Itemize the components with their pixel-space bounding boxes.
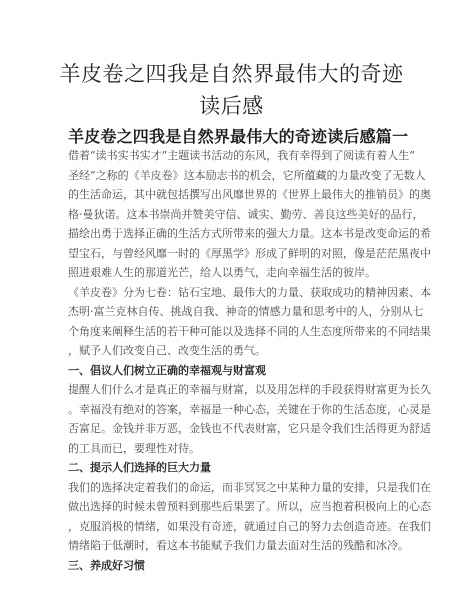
- subsection-1-line-1: 提醒人们什么才是真正的幸福与财富，以及用怎样的手段获得财富更为长久: [68, 380, 398, 400]
- subsection-2-line-4: 情绪陷于低潮时，看这本书能赋予我们力量去面对生活的残酷和冰冷。: [68, 536, 398, 556]
- subsection-3-heading: 三、养成好习惯: [68, 556, 398, 576]
- paragraph-1-line-4: 格·曼狄诺。这本书崇尚并赞美守信、诚实、勤劳、善良这些美好的品行，: [68, 205, 398, 225]
- paragraph-1-line-5: 描绘出勇于选择正确的生活方式所带来的强大力量。这本书是改变命运的希: [68, 224, 398, 244]
- paragraph-2-line-4: ，赋予人们改变自己、改变生活的勇气。: [68, 341, 398, 361]
- article-body: 借着“读书实书实才”主题读书活动的东风，我有幸得到了阅读有着人生“ 圣经”之称的…: [68, 146, 398, 575]
- paragraph-2-line-3: 个角度来阐释生活的若干种可能以及选择不同的人生态度所带来的不同结果: [68, 322, 398, 342]
- paragraph-1-line-1: 借着“读书实书实才”主题读书活动的东风，我有幸得到了阅读有着人生“: [68, 146, 398, 166]
- document-title-line-2: 读后感: [0, 90, 463, 120]
- subsection-1-heading: 一、倡议人们树立正确的幸福观与财富观: [68, 361, 398, 381]
- paragraph-1-line-7: 照进艰难人生的那道光芒，给人以勇气，走向幸福生活的彼岸。: [68, 263, 398, 283]
- paragraph-2-line-1: 《羊皮卷》分为七卷：钻石宝地、最伟大的力量、获取成功的精神因素、本: [68, 283, 398, 303]
- subsection-1-line-3: 否富足。金钱并非万恶，金钱也不代表财富，它只是令我们生活得更为舒适: [68, 419, 398, 439]
- subsection-2-line-2: 做出选择的时候未曾预料到那些后果罢了。所以，应当抱着积极向上的心态: [68, 497, 398, 517]
- subsection-1-line-4: 的工具而已，要理性对待。: [68, 439, 398, 459]
- paragraph-1-line-3: 的生活命运，其中就包括撰写出风靡世界的《世界上最伟大的推销员》的奥: [68, 185, 398, 205]
- section-heading: 羊皮卷之四我是自然界最伟大的奇迹读后感篇一: [68, 124, 408, 147]
- subsection-2-heading: 二、提示人们选择的巨大力量: [68, 458, 398, 478]
- paragraph-1-line-2: 圣经”之称的《羊皮卷》这本励志书的机会，它所蕴藏的力量改变了无数人: [68, 166, 398, 186]
- paragraph-2-line-2: 杰明·富兰克林自传、挑战自我、神奇的情感力量和思考中的人，分别从七: [68, 302, 398, 322]
- document-page: 羊皮卷之四我是自然界最伟大的奇迹 读后感 羊皮卷之四我是自然界最伟大的奇迹读后感…: [0, 0, 463, 600]
- subsection-2-line-3: ，克服消极的情绪，如果没有奇迹，就通过自己的努力去创造奇迹。在我们: [68, 517, 398, 537]
- document-title-line-1: 羊皮卷之四我是自然界最伟大的奇迹: [0, 58, 463, 88]
- subsection-2-line-1: 我们的选择决定着我们的命运，而非冥冥之中某种力量的安排，只是我们在: [68, 478, 398, 498]
- subsection-1-line-2: 。幸福没有绝对的答案，幸福是一种心态，关键在于你的生活态度，心灵是: [68, 400, 398, 420]
- paragraph-1-line-6: 望宝石，与曾经风靡一时的《厚黑学》形成了鲜明的对照，像是茫茫黑夜中: [68, 244, 398, 264]
